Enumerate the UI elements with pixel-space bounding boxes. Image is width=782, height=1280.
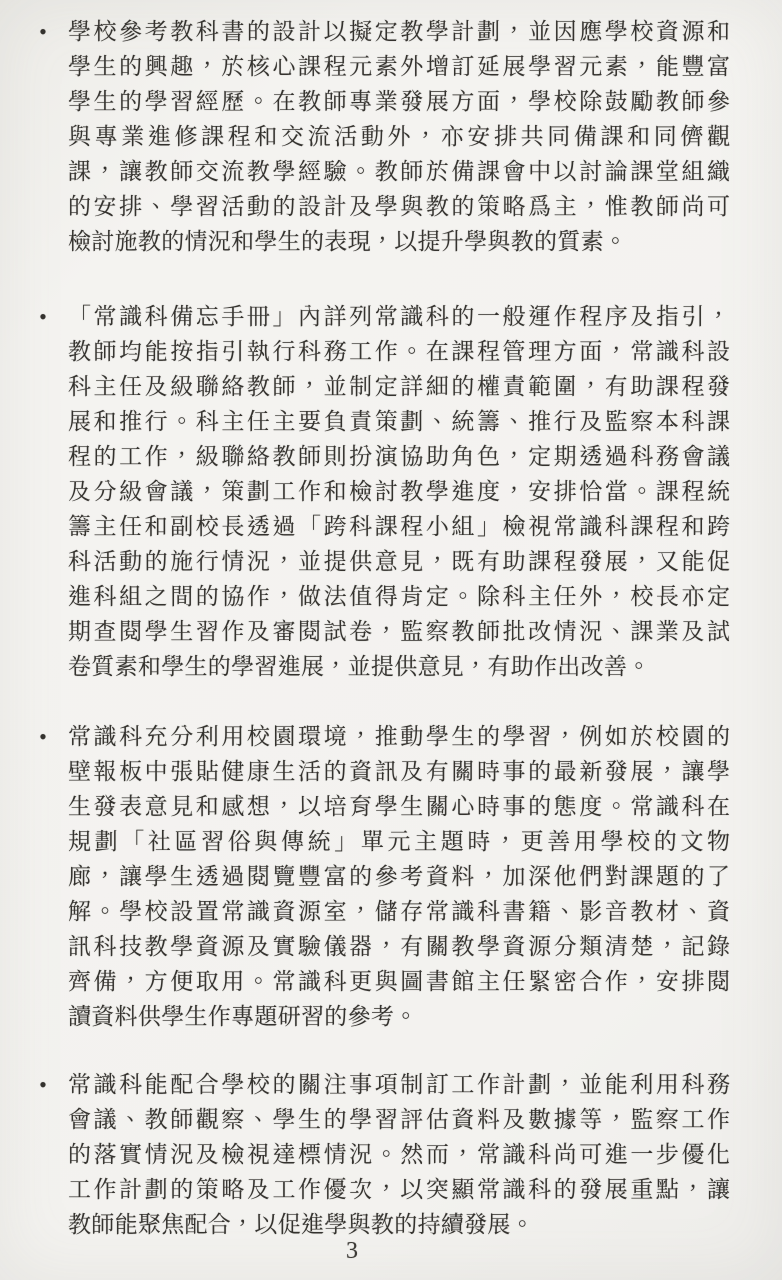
text-line: 生發表意見和感想，以培育學生關心時事的態度。常識科在 (68, 789, 730, 824)
text-line: 與專業進修課程和交流活動外，亦安排共同備課和同儕觀 (68, 119, 730, 154)
bullet-item-3: • 常識科充分利用校園環境，推動學生的學習，例如於校園的 壁報板中張貼健康生活的… (68, 719, 730, 1034)
text-line: 規劃「社區習俗與傳統」單元主題時，更善用學校的文物 (68, 824, 730, 859)
bullet-icon: • (31, 719, 55, 754)
text-line: 展和推行。科主任主要負責策劃、統籌、推行及監察本科課 (68, 404, 730, 439)
text-line: 「常識科備忘手冊」內詳列常識科的一般運作程序及指引， (68, 299, 730, 334)
text-line: 讀資料供學生作專題研習的參考。 (68, 999, 730, 1034)
text-line: 訊科技教學資源及實驗儀器，有關教學資源分類清楚，記錄 (68, 929, 730, 964)
text-line: 學生的學習經歷。在教師專業發展方面，學校除鼓勵教師參 (68, 84, 730, 119)
text-line: 常識科充分利用校園環境，推動學生的學習，例如於校園的 (68, 719, 730, 754)
text-line: 程的工作，級聯絡教師則扮演協助角色，定期透過科務會議 (68, 439, 730, 474)
bullet-icon: • (31, 299, 55, 334)
bullet-item-4: • 常識科能配合學校的關注事項制訂工作計劃，並能利用科務 會議、教師觀察、學生的… (68, 1067, 730, 1242)
text-line: 及分級會議，策劃工作和檢討教學進度，安排恰當。課程統 (68, 474, 730, 509)
text-line: 常識科能配合學校的關注事項制訂工作計劃，並能利用科務 (68, 1067, 730, 1102)
text-line: 學生的興趣，於核心課程元素外增訂延展學習元素，能豐富 (68, 49, 730, 84)
text-line: 教師均能按指引執行科務工作。在課程管理方面，常識科設 (68, 334, 730, 369)
text-line: 壁報板中張貼健康生活的資訊及有關時事的最新發展，讓學 (68, 754, 730, 789)
bullet-icon: • (31, 1067, 55, 1102)
bullet-item-2: • 「常識科備忘手冊」內詳列常識科的一般運作程序及指引， 教師均能按指引執行科務… (68, 299, 730, 684)
bullet-item-1: • 學校參考教科書的設計以擬定教學計劃，並因應學校資源和 學生的興趣，於核心課程… (68, 14, 730, 259)
text-line: 學校參考教科書的設計以擬定教學計劃，並因應學校資源和 (68, 14, 730, 49)
text-line: 的落實情況及檢視達標情況。然而，常識科尚可進一步優化 (68, 1137, 730, 1172)
text-line: 工作計劃的策略及工作優次，以突顯常識科的發展重點，讓 (68, 1172, 730, 1207)
scanned-document-page: • 學校參考教科書的設計以擬定教學計劃，並因應學校資源和 學生的興趣，於核心課程… (0, 0, 782, 1280)
text-line: 的安排、學習活動的設計及學與教的策略爲主，惟教師尚可 (68, 189, 730, 224)
text-line: 齊備，方便取用。常識科更與圖書館主任緊密合作，安排閱 (68, 964, 730, 999)
text-line: 解。學校設置常識資源室，儲存常識科書籍、影音教材、資 (68, 894, 730, 929)
text-line: 檢討施教的情況和學生的表現，以提升學與教的質素。 (68, 224, 730, 259)
text-line: 課，讓教師交流教學經驗。教師於備課會中以討論課堂組織 (68, 154, 730, 189)
text-line: 科活動的施行情況，並提供意見，既有助課程發展，又能促 (68, 544, 730, 579)
text-line: 教師能聚焦配合，以促進學與教的持續發展。 (68, 1207, 730, 1242)
text-line: 廊，讓學生透過閱覽豐富的參考資料，加深他們對課題的了 (68, 859, 730, 894)
page-number: 3 (338, 1236, 366, 1266)
text-line: 期查閱學生習作及審閱試卷，監察教師批改情況、課業及試 (68, 614, 730, 649)
text-line: 卷質素和學生的學習進展，並提供意見，有助作出改善。 (68, 649, 730, 684)
text-line: 會議、教師觀察、學生的學習評估資料及數據等，監察工作 (68, 1102, 730, 1137)
bullet-icon: • (31, 14, 55, 49)
text-line: 籌主任和副校長透過「跨科課程小組」檢視常識科課程和跨 (68, 509, 730, 544)
text-line: 科主任及級聯絡教師，並制定詳細的權責範圍，有助課程發 (68, 369, 730, 404)
text-line: 進科組之間的協作，做法值得肯定。除科主任外，校長亦定 (68, 579, 730, 614)
